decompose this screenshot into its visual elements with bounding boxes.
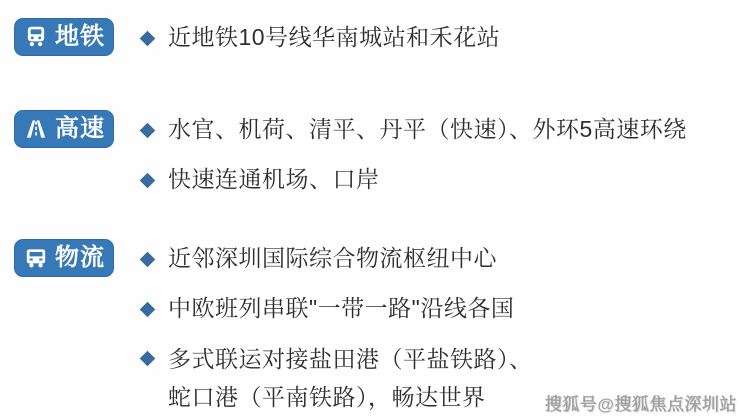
expressway-badge: 高速 xyxy=(14,110,114,148)
list-item-line: 多式联运对接盐田港（平盐铁路）、 xyxy=(168,346,533,372)
diamond-bullet-icon xyxy=(140,30,156,46)
diamond-bullet-icon xyxy=(140,122,156,138)
diamond-bullet-icon xyxy=(140,351,156,367)
metro-items: 近地铁10号线华南城站和禾花站 xyxy=(140,13,740,63)
truck-icon xyxy=(23,245,49,271)
list-item-text: 多式联运对接盐田港（平盐铁路）、 蛇口港（平南铁路），畅达世界 xyxy=(168,340,533,416)
list-item-text: 近地铁10号线华南城站和禾花站 xyxy=(168,22,500,53)
section-expressway: 高速 水官、机荷、清平、丹平（快速）、外环5高速环绕 快速连通机场、口岸 xyxy=(14,105,740,205)
list-item: 近地铁10号线华南城站和禾花站 xyxy=(140,13,740,63)
expressway-badge-label: 高速 xyxy=(55,117,105,141)
logistics-items: 近邻深圳国际综合物流枢纽中心 中欧班列串联"一带一路"沿线各国 多式联运对接盐田… xyxy=(140,234,740,416)
transport-infographic: 地铁 近地铁10号线华南城站和禾花站 xyxy=(0,0,740,418)
list-item: 中欧班列串联"一带一路"沿线各国 xyxy=(140,284,740,334)
diamond-bullet-icon xyxy=(140,301,156,317)
metro-badge-label: 地铁 xyxy=(55,25,105,49)
list-item-text: 快速连通机场、口岸 xyxy=(168,164,380,195)
list-item: 近邻深圳国际综合物流枢纽中心 xyxy=(140,234,740,284)
metro-badge: 地铁 xyxy=(14,18,114,56)
section-metro: 地铁 近地铁10号线华南城站和禾花站 xyxy=(14,13,740,63)
logistics-badge: 物流 xyxy=(14,239,114,277)
content-area: 地铁 近地铁10号线华南城站和禾花站 xyxy=(0,0,740,416)
highway-icon xyxy=(23,116,49,142)
expressway-items: 水官、机荷、清平、丹平（快速）、外环5高速环绕 快速连通机场、口岸 xyxy=(140,105,740,205)
list-item: 快速连通机场、口岸 xyxy=(140,155,740,205)
diamond-bullet-icon xyxy=(140,172,156,188)
train-icon xyxy=(23,24,49,50)
diamond-bullet-icon xyxy=(140,251,156,267)
watermark: 搜狐号@搜狐焦点深圳站 xyxy=(545,390,737,415)
logistics-badge-label: 物流 xyxy=(55,246,105,270)
list-item: 水官、机荷、清平、丹平（快速）、外环5高速环绕 xyxy=(140,105,740,155)
list-item-text: 近邻深圳国际综合物流枢纽中心 xyxy=(168,243,497,274)
list-item-text: 水官、机荷、清平、丹平（快速）、外环5高速环绕 xyxy=(168,114,687,145)
section-logistics: 物流 近邻深圳国际综合物流枢纽中心 中欧班列串联"一带一路"沿线各国 多式联运对… xyxy=(14,234,740,416)
list-item-text: 中欧班列串联"一带一路"沿线各国 xyxy=(168,293,514,324)
list-item-line: 蛇口港（平南铁路），畅达世界 xyxy=(168,384,486,410)
